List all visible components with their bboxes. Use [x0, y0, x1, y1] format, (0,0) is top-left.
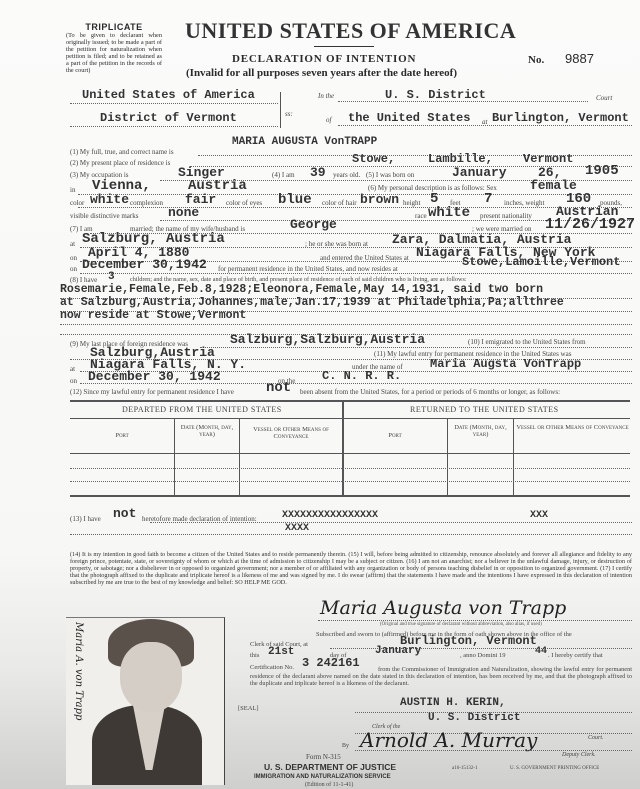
rule [70, 103, 278, 104]
children-line-3: now reside at Stowe,Vermont [60, 309, 246, 322]
distinctive-marks: none [168, 205, 199, 220]
rule [80, 383, 632, 384]
absent-value: not [266, 380, 291, 396]
jurat-year: 44 [535, 646, 547, 657]
spouse-residence: Stowe,Lamoille,Vermont [462, 255, 620, 269]
rule [150, 522, 632, 523]
label-on: on [70, 254, 77, 262]
label-age: (4) I am [272, 171, 295, 179]
entry-date: December 30, 1942 [88, 369, 221, 384]
rule [70, 126, 278, 127]
col-vessel-departed: Vessel or Other Means of Conveyance [241, 426, 341, 440]
label-nationality: present nationality [480, 212, 532, 220]
label-certify: . I hereby certify that [548, 652, 603, 659]
label-deputy-clerk: Deputy Clerk. [562, 752, 596, 758]
height-inches: 7 [484, 191, 492, 207]
entry-name: Maria Augsta VonTrapp [430, 357, 581, 371]
certification-text: from the Commissioner of Immigration and… [250, 666, 632, 687]
children-count: 3 [108, 271, 115, 283]
label-at: at [70, 240, 75, 248]
triplicate-notice: TRIPLICATE (To be given to declarant whe… [66, 22, 162, 74]
form-number: Form N-315 [306, 753, 341, 761]
label-absence-detail: been absent from the United States, for … [300, 388, 560, 396]
signature-caption: (Original and true signature of declaran… [380, 622, 542, 627]
rule [190, 166, 632, 167]
court-name: U. S. District [385, 88, 486, 102]
children-line-2: at Salzburg,Austria,Johannes,male,Jan.17… [60, 296, 564, 309]
col-port-returned: Port [344, 432, 446, 439]
eye-color: blue [278, 192, 312, 208]
court-label: Court [596, 94, 612, 102]
departed-title: DEPARTED FROM THE UNITED STATES [122, 405, 282, 414]
deputy-signature: Arnold A. Murray [360, 728, 537, 752]
residence-city: Stowe, [352, 152, 395, 166]
table-top-rule [70, 400, 630, 402]
marriage-date: 11/26/1927 [545, 216, 635, 233]
label-race: race [415, 212, 427, 220]
birth-month: January [452, 165, 507, 180]
color: white [90, 192, 129, 207]
triplicate-note: (To be given to declarant when originall… [66, 32, 162, 74]
doc-number: 9887 [565, 51, 594, 66]
label-complexion: complexion [130, 199, 163, 207]
col-divider [513, 418, 514, 496]
residence-state: Vermont [523, 152, 573, 166]
label-color: color [70, 199, 84, 207]
rule [78, 194, 632, 195]
table-bottom-rule [70, 495, 630, 497]
of-label: of [326, 116, 331, 124]
vessel: C. N. R. R. [322, 369, 401, 383]
document-subtitle: DECLARATION OF INTENTION [232, 53, 416, 65]
birth-year: 1905 [585, 163, 619, 179]
residence-county: Lambille, [428, 152, 493, 166]
rule [60, 324, 632, 325]
clerk-name: AUSTIN H. KERIN, [400, 697, 506, 709]
table-row [70, 468, 630, 469]
label-hair: color of hair [322, 199, 357, 207]
label-on-2: on [70, 265, 77, 273]
children-line-1: Rosemarie,Female,Feb.8,1928;Eleonora,Fem… [60, 283, 543, 296]
department-name: U. S. DEPARTMENT OF JUSTICE [264, 762, 396, 772]
photo-signature: Maria A. von Trapp [73, 622, 84, 720]
doc-number-label: No. [528, 54, 544, 66]
label-court: Court. [588, 735, 604, 741]
table-row [70, 481, 630, 482]
label-by: By [342, 743, 349, 749]
col-date-departed: Date (Month, day, year) [176, 424, 238, 438]
declarant-signature: Maria Augusta von Trapp [320, 597, 566, 619]
rule [355, 750, 632, 751]
col-divider [447, 418, 448, 496]
document-title: UNITED STATES OF AMERICA [185, 18, 516, 44]
rule [70, 534, 632, 535]
label-anno-domini: , anno Domini 19 [460, 652, 506, 659]
rule [338, 101, 588, 102]
title-rule [314, 46, 374, 47]
print-code: a16-15132-1 [452, 766, 478, 771]
race: white [428, 205, 470, 221]
label-marks: visible distinctive marks [70, 212, 138, 220]
form-edition: (Edition of 11-1-41) [305, 782, 353, 788]
age: 39 [310, 165, 326, 180]
oath-paragraph: (14) It is my intention in good faith to… [70, 551, 632, 586]
label-prior-declaration: (13) I have [70, 515, 101, 523]
label-residence: (2) My present place of residence is [70, 159, 170, 167]
label-children-detail: children; and the name, sex, date and pl… [130, 276, 467, 283]
ss-label: ss: [285, 110, 293, 118]
table-rule [70, 453, 630, 454]
label-years-old: years old. [333, 171, 360, 179]
label-on-3: on [70, 377, 77, 385]
clerk-court: U. S. District [428, 712, 520, 724]
rule [318, 620, 632, 621]
strikeout-x-1: XXXXXXXXXXXXXXXX [282, 510, 378, 521]
label-emigrated: (10) I emigrated to the United States fr… [468, 338, 586, 346]
label-this: this [250, 652, 259, 659]
spouse-entry-date: December 30,1942 [82, 257, 207, 272]
venue-country: United States of America [82, 88, 255, 102]
last-foreign-residence: Salzburg,Salzburg,Austria [230, 332, 425, 347]
col-divider [174, 418, 175, 496]
rule [80, 273, 632, 274]
label-full-name: (1) My full, true, and correct name is [70, 148, 174, 156]
strikeout-x-3: XXXX [285, 523, 309, 534]
hair-color: brown [360, 192, 399, 207]
court-location: Burlington, Vermont [492, 111, 629, 125]
court-of: the United States [348, 111, 470, 125]
rule [338, 125, 632, 126]
label-absence: (12) Since my lawful entry for permanent… [70, 388, 234, 396]
strikeout-x-2: XXX [530, 510, 548, 521]
photo-face [120, 642, 182, 712]
declaration-of-intention-document: TRIPLICATE (To be given to declarant whe… [0, 0, 640, 789]
rule [78, 207, 632, 208]
rule [200, 347, 632, 348]
validity-note: (Invalid for all purposes seven years af… [186, 67, 457, 79]
label-height: height [403, 199, 421, 207]
printer-name: U. S. GOVERNMENT PRINTING OFFICE [510, 766, 599, 771]
col-divider [239, 418, 240, 496]
col-date-returned: Date (Month, day, year) [449, 424, 512, 438]
table-header-rule [70, 418, 630, 419]
label-born-on: (5) I was born on [366, 171, 414, 179]
col-vessel-returned: Vessel or Other Means of Conveyance [515, 424, 630, 431]
spouse-name: George [290, 217, 337, 232]
service-name: IMMIGRATION AND NATURALIZATION SERVICE [254, 774, 391, 780]
in-the-label: In the [318, 92, 334, 100]
label-eyes: color of eyes [226, 199, 262, 207]
brace [280, 92, 281, 128]
applicant-name: MARIA AUGUSTA VonTRAPP [232, 136, 377, 148]
jurat-day: 21st [268, 646, 294, 658]
label-at-2: at [70, 365, 75, 373]
prior-declaration-value: not [113, 506, 136, 521]
label-inches-weight: inches, weight [504, 199, 544, 207]
col-port-departed: Port [70, 432, 174, 439]
label-in: in [70, 186, 75, 194]
jurat-month: January [375, 645, 421, 657]
label-permanent-residence: for permanent residence in the United St… [218, 265, 398, 273]
venue-district: District of Vermont [100, 111, 237, 125]
triplicate-title: TRIPLICATE [66, 22, 162, 32]
returned-title: RETURNED TO THE UNITED STATES [410, 405, 559, 414]
seal-label: [SEAL] [238, 705, 259, 712]
